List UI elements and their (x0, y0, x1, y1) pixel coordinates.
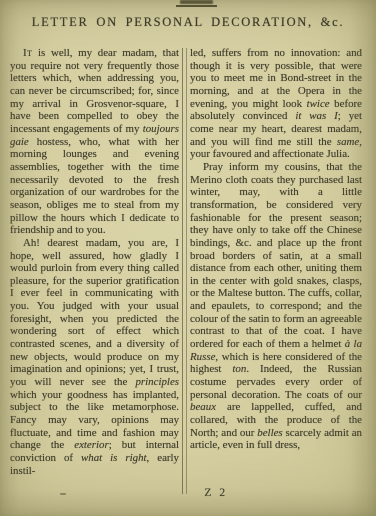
text-run: is well, my dear madam, that you require… (10, 47, 179, 135)
text-run: same (337, 136, 359, 148)
page-title: LETTER ON PERSONAL DECORATION, &c. (0, 15, 376, 30)
clipped-word-fragment (180, 0, 213, 4)
paragraph: led, suffers from no innovation: and tho… (190, 47, 362, 161)
headpiece-rule (176, 5, 217, 7)
left-column: It is well, my dear madam, that you requ… (10, 47, 179, 494)
text-run: principles (135, 376, 179, 388)
text-run: it was I (295, 110, 337, 122)
paragraph: Pray inform my cousins, that the Merino … (190, 161, 362, 452)
text-columns: It is well, my dear madam, that you requ… (10, 47, 362, 494)
text-run: twice (307, 98, 330, 110)
text-run: Pray inform my cousins, that the Merino … (190, 161, 362, 350)
column-divider-rule (182, 48, 187, 494)
text-run: ton (232, 363, 246, 375)
text-run: beaux (190, 401, 216, 413)
clipped-headpiece-ornament (176, 0, 217, 8)
text-run: It (23, 47, 32, 59)
scanned-document-page: LETTER ON PERSONAL DECORATION, &c. It is… (0, 0, 376, 516)
paragraph: It is well, my dear madam, that you requ… (10, 47, 179, 237)
stray-ink-dash (60, 493, 66, 495)
right-column: led, suffers from no innovation: and tho… (190, 47, 362, 494)
text-run: Ah! dearest madam, you are, I hope, well… (10, 237, 179, 388)
signature-mark: Z 2 (194, 487, 238, 499)
paragraph: Ah! dearest madam, you are, I hope, well… (10, 237, 179, 477)
text-run: hostess, who, what with her morning loun… (10, 136, 179, 237)
text-run: exterior (74, 439, 108, 451)
text-run: belles (257, 427, 282, 439)
text-run: what is right (81, 452, 147, 464)
